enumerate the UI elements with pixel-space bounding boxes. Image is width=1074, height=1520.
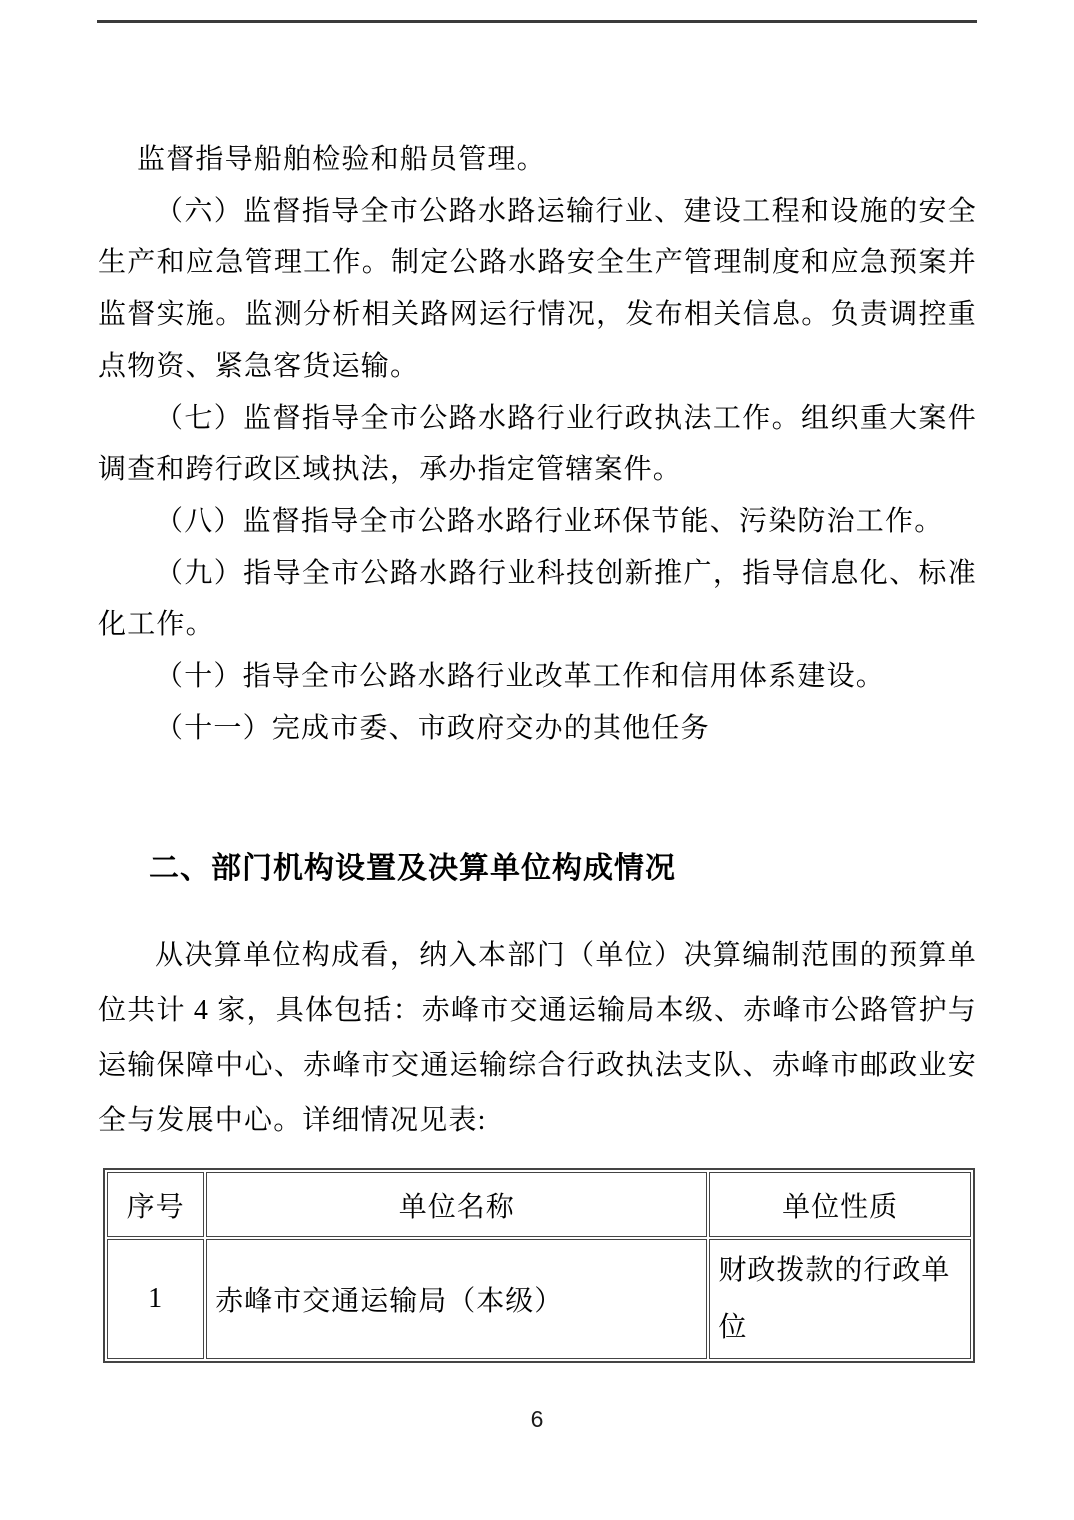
paragraph-item-8: （八）监督指导全市公路水路行业环保节能、污染防治工作。 [98, 496, 977, 548]
paragraph-item-10: （十）指导全市公路水路行业改革工作和信用体系建设。 [98, 651, 977, 703]
col-header-unit-name: 单位名称 [206, 1172, 707, 1237]
header-rule [97, 20, 977, 23]
body-text-block: 监督指导船舶检验和船员管理。 （六）监督指导全市公路水路运输行业、建设工程和设施… [98, 134, 977, 754]
units-table-header: 序号 单位名称 单位性质 [107, 1172, 971, 1237]
document-page: 监督指导船舶检验和船员管理。 （六）监督指导全市公路水路运输行业、建设工程和设施… [0, 0, 1074, 1520]
table-header-row: 序号 单位名称 单位性质 [107, 1172, 971, 1237]
paragraph-item-7: （七）监督指导全市公路水路行业行政执法工作。组织重大案件调查和跨行政区域执法，承… [98, 393, 977, 496]
cell-unit-type: 财政拨款的行政单位 [709, 1239, 971, 1359]
paragraph-item-11: （十一）完成市委、市政府交办的其他任务 [98, 703, 977, 755]
section-intro-paragraph: 从决算单位构成看，纳入本部门（单位）决算编制范围的预算单位共计 4 家，具体包括… [98, 928, 977, 1148]
page-number: 6 [0, 1406, 1074, 1433]
paragraph-continuation: 监督指导船舶检验和船员管理。 [98, 134, 977, 186]
cell-unit-name: 赤峰市交通运输局（本级） [206, 1239, 707, 1359]
col-header-index: 序号 [107, 1172, 204, 1237]
paragraph-item-6: （六）监督指导全市公路水路运输行业、建设工程和设施的安全生产和应急管理工作。制定… [98, 186, 977, 393]
cell-row-index: 1 [107, 1239, 204, 1359]
units-table: 序号 单位名称 单位性质 1 赤峰市交通运输局（本级） 财政拨款的行政单位 [103, 1168, 975, 1363]
paragraph-item-9: （九）指导全市公路水路行业科技创新推广，指导信息化、标准化工作。 [98, 548, 977, 651]
col-header-unit-type: 单位性质 [709, 1172, 971, 1237]
table-row: 1 赤峰市交通运输局（本级） 财政拨款的行政单位 [107, 1239, 971, 1359]
section-heading: 二、部门机构设置及决算单位构成情况 [98, 849, 676, 889]
